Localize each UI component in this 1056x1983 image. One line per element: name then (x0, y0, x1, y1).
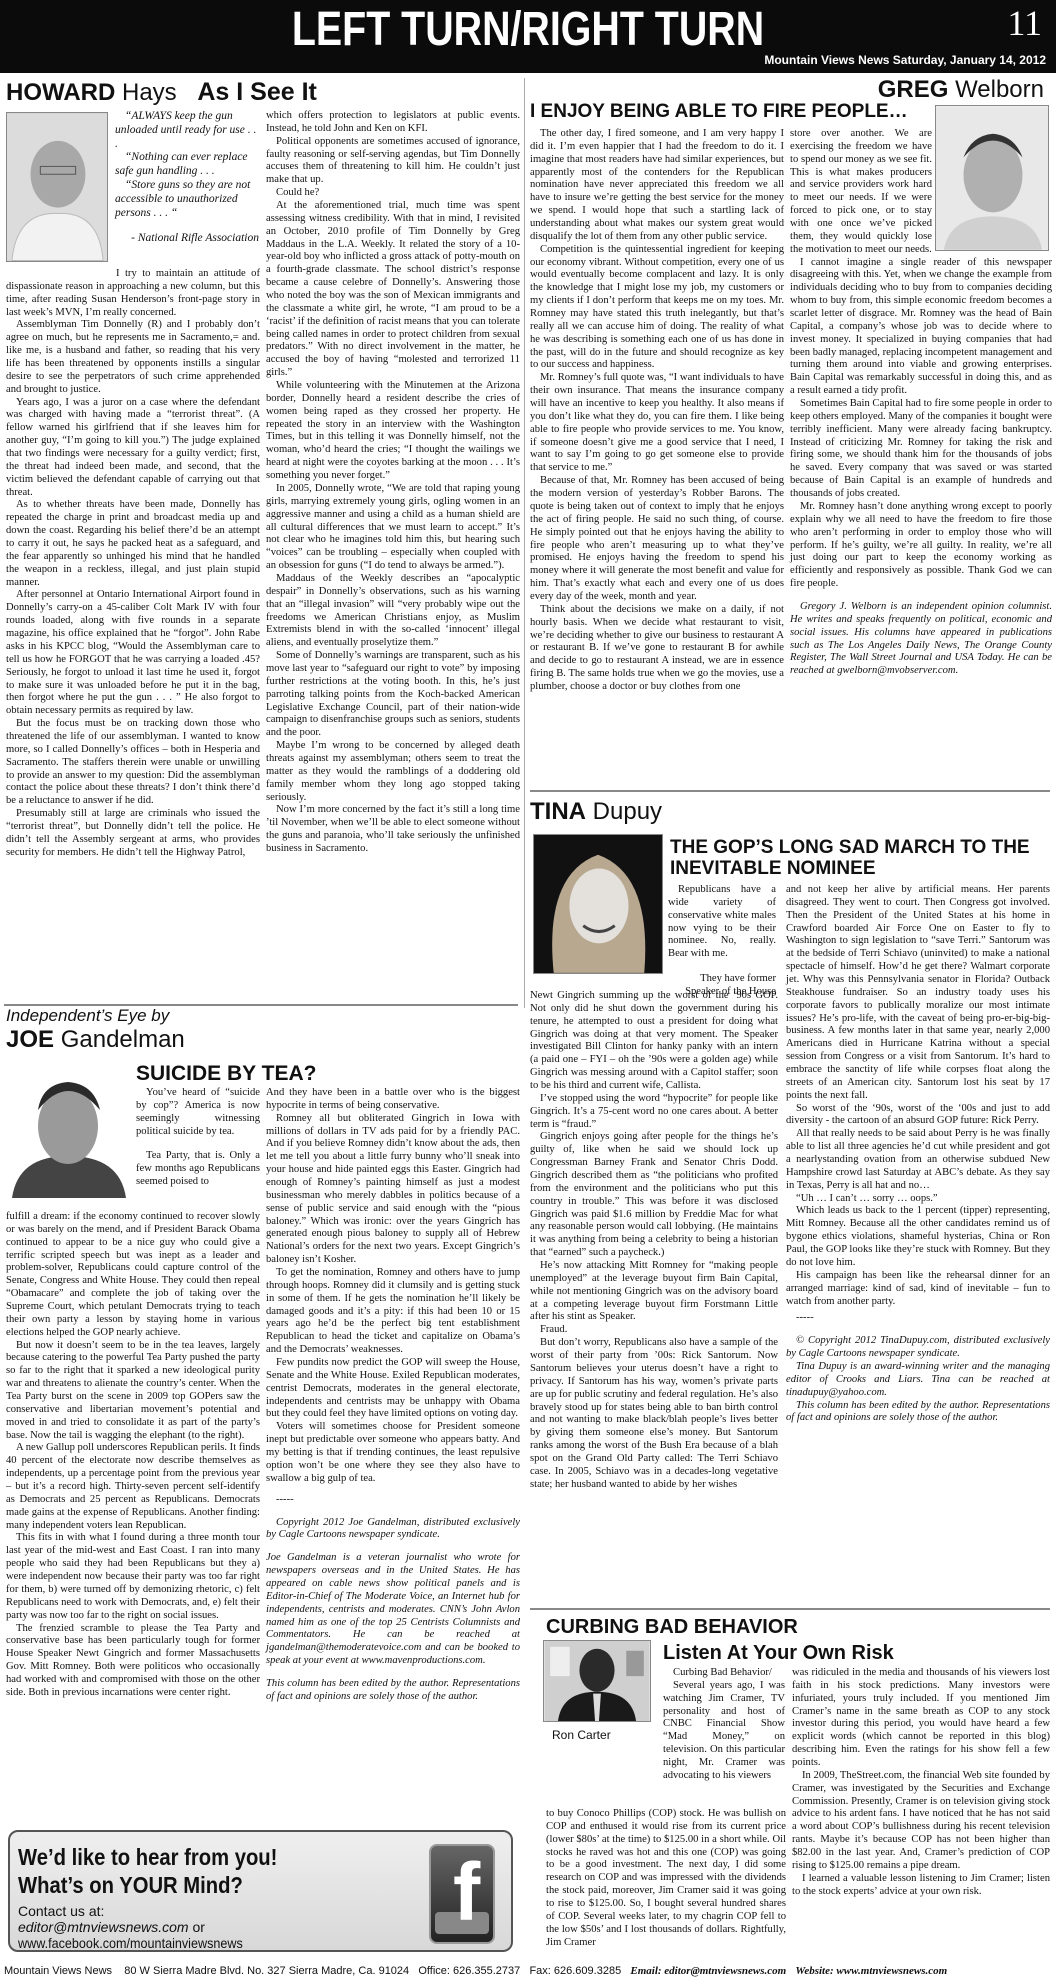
section-divider (530, 790, 1050, 792)
dupuy-byline: TINA Dupuy (530, 798, 662, 826)
gandelman-intro: You’ve heard of “suicide by cop”? Americ… (136, 1087, 260, 1189)
portrait-icon (7, 113, 107, 261)
page-footer: Mountain Views News 80 W Sierra Madre Bl… (0, 1965, 1056, 1977)
masthead: LEFT TURN/RIGHT TURN 11 Mountain Views N… (0, 0, 1056, 73)
welborn-column-2: store over another. We are exercising th… (790, 128, 1052, 678)
footer-website[interactable]: Website: www.mtnviewsnews.com (795, 1965, 947, 1977)
footer-address: 80 W Sierra Madre Blvd. No. 327 Sierra M… (124, 1965, 409, 1977)
hays-byline: HOWARD Hays As I See It (6, 78, 317, 107)
carter-column-1: to buy Conoco Phillips (COP) stock. He w… (546, 1808, 786, 1949)
author-bio: Joe Gandelman is a veteran journalist wh… (266, 1552, 520, 1668)
portrait-icon (8, 1064, 130, 1198)
welborn-byline: GREG Welborn (878, 76, 1044, 104)
portrait-icon (534, 835, 662, 973)
facebook-icon[interactable]: f (429, 1844, 495, 1944)
photo-caption: Ron Carter (552, 1728, 611, 1742)
copyright-notice: © Copyright 2012 TinaDupuy.com, distribu… (786, 1335, 1050, 1361)
author-bio: Gregory J. Welborn is an independent opi… (790, 601, 1052, 678)
gandelman-kicker: Independent’s Eye by (6, 1006, 169, 1026)
facebook-link[interactable]: www.facebook.com/mountainviewsnews (18, 1935, 243, 1951)
dupuy-column-2: and not keep her alive by artificial mea… (786, 884, 1050, 1425)
carter-intro: Curbing Bad Behavior/ Several years ago,… (663, 1667, 785, 1783)
author-last-name: Dupuy (593, 798, 662, 825)
hays-column-2: which offers protection to legislators a… (266, 110, 520, 856)
gandelman-column-1: fulfill a dream: if the economy continue… (6, 1211, 260, 1700)
gandelman-byline: JOE Gandelman (6, 1026, 185, 1054)
column-divider (524, 78, 525, 1008)
hays-quote: “ALWAYS keep the gun unloaded until read… (115, 110, 259, 246)
column-name: As I See It (197, 78, 317, 106)
gandelman-headline: SUICIDE BY TEA? (136, 1062, 316, 1085)
section-title: LEFT TURN/RIGHT TURN (95, 2, 961, 57)
disclaimer: This column has been edited by the autho… (266, 1678, 520, 1704)
gandelman-author-photo (8, 1064, 130, 1198)
ad-headline: We’d like to hear from you! (18, 1844, 277, 1871)
feedback-ad: We’d like to hear from you! What’s on YO… (8, 1830, 513, 1952)
hays-author-photo (6, 112, 108, 262)
author-last-name: Welborn (955, 76, 1044, 103)
carter-subhead: Listen At Your Own Risk (663, 1642, 894, 1664)
quote-attribution: - National Rifle Association (115, 232, 259, 246)
author-last-name: Gandelman (61, 1026, 185, 1053)
carter-author-photo (543, 1640, 651, 1722)
dupuy-headline: THE GOP’S LONG SAD MARCH TO THE INEVITAB… (670, 838, 1050, 880)
author-first-name: HOWARD (6, 79, 115, 106)
dupuy-column-1: Newt Gingrich summing up the worst of th… (530, 990, 778, 1492)
footer-fax: Fax: 626.609.3285 (529, 1965, 621, 1977)
footer-office-phone: Office: 626.355.2737 (418, 1965, 520, 1977)
section-divider (530, 1608, 1050, 1610)
page-number: 11 (1007, 2, 1042, 44)
author-first-name: JOE (6, 1026, 54, 1053)
author-bio: Tina Dupuy is an award-winning writer an… (786, 1361, 1050, 1400)
author-last-name: Hays (122, 79, 177, 106)
hays-column-1: I try to maintain an attitude of dispass… (6, 268, 260, 860)
portrait-icon (544, 1641, 650, 1721)
email-link[interactable]: editor@mtnviewsnews.com (18, 1919, 189, 1935)
author-first-name: GREG (878, 76, 949, 103)
author-first-name: TINA (530, 798, 586, 825)
dateline: Mountain Views News Saturday, January 14… (764, 53, 1046, 67)
footer-email[interactable]: Email: editor@mtnviewsnews.com (630, 1965, 786, 1977)
disclaimer: This column has been edited by the autho… (786, 1400, 1050, 1426)
footer-paper-name: Mountain Views News (4, 1965, 112, 1977)
welborn-column-1: The other day, I fired someone, and I am… (530, 128, 784, 694)
copyright-notice: Copyright 2012 Joe Gandelman, distribute… (266, 1517, 520, 1543)
contact-line: editor@mtnviewsnews.com or (18, 1919, 205, 1935)
carter-headline: CURBING BAD BEHAVIOR (546, 1616, 798, 1638)
welborn-headline: I ENJOY BEING ABLE TO FIRE PEOPLE… (530, 102, 910, 123)
dupuy-intro: Republicans have a wide variety of conse… (668, 884, 776, 999)
carter-column-2: was ridiculed in the media and thousands… (792, 1667, 1050, 1898)
ad-subheadline: What’s on YOUR Mind? (18, 1872, 243, 1899)
dupuy-author-photo (533, 834, 663, 974)
contact-label: Contact us at: (18, 1903, 104, 1919)
gandelman-column-2: And they have been in a battle over who … (266, 1087, 520, 1704)
